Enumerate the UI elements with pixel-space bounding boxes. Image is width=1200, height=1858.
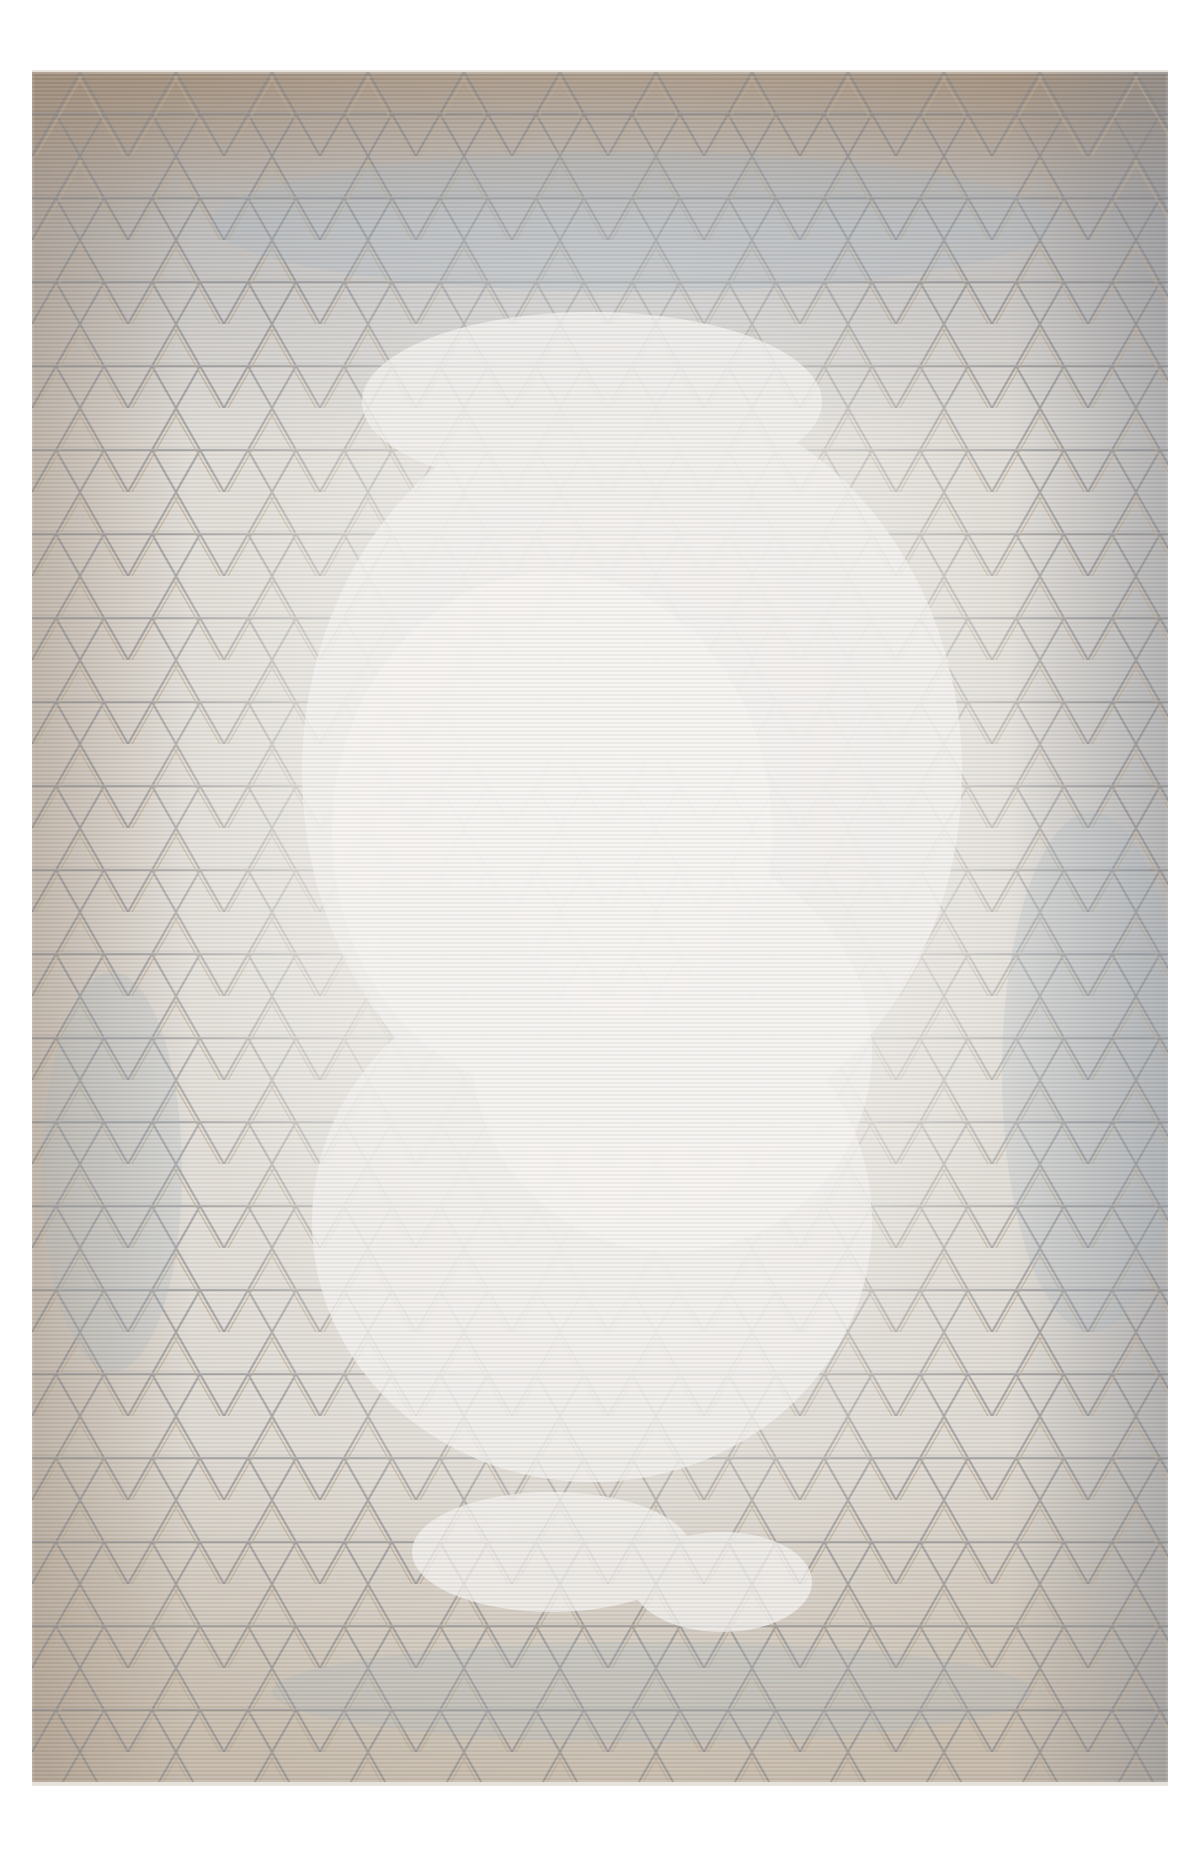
- triangle-lattice-pattern: [32, 72, 1168, 1784]
- rug-bottom-edge: [32, 1782, 1168, 1786]
- rug-image: [32, 72, 1168, 1784]
